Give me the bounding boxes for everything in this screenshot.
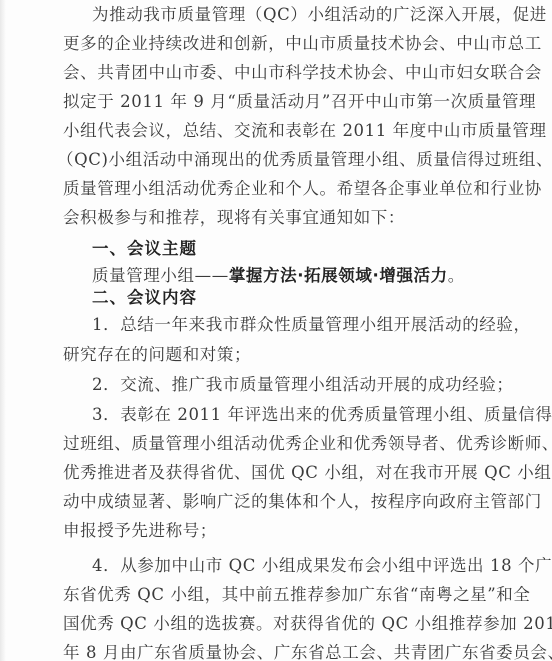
section-heading-theme: 一、会议主题 <box>92 239 492 259</box>
intro-line: 拟定于 2011 年 9 月“质量活动月”召开中山市第一次质量管理 <box>63 92 463 112</box>
scan-edge <box>0 0 6 661</box>
intro-line: （QC)小组活动中涌现出的优秀质量管理小组、质量信得过班组、 <box>57 150 457 170</box>
theme-line: 质量管理小组——掌握方法·拓展领域·增强活力。 <box>92 266 492 286</box>
content-line: 动中成绩显著、影响广泛的集体和个人，按程序向政府主管部门 <box>63 492 463 512</box>
content-line: 过班组、质量管理小组活动优秀企业和优秀领导者、优秀诊断师、 <box>63 434 463 454</box>
document-page: 为推动我市质量管理（QC）小组活动的广泛深入开展，促进 更多的企业持续改进和创新… <box>0 0 552 661</box>
content-line: 申报授予先进称号； <box>63 521 463 541</box>
content-line: 优秀推进者及获得省优、国优 QC 小组，对在我市开展 QC 小组活 <box>63 463 463 483</box>
intro-line: 会、共青团中山市委、中山市科学技术协会、中山市妇女联合会 <box>63 63 463 83</box>
theme-slogan: 掌握方法·拓展领域·增强活力 <box>229 266 448 285</box>
content-line: 1．总结一年来我市群众性质量管理小组开展活动的经验， <box>92 315 492 335</box>
theme-prefix: 质量管理小组—— <box>92 266 229 285</box>
intro-line: 小组代表会议，总结、交流和表彰在 2011 年度中山市质量管理 <box>63 121 463 141</box>
intro-line: 质量管理小组活动优秀企业和个人。希望各企事业单位和行业协 <box>63 179 463 199</box>
content-line: 4．从参加中山市 QC 小组成果发布会小组中评选出 18 个广 <box>92 556 492 576</box>
content-line: 研究存在的问题和对策； <box>63 345 463 365</box>
content-line: 年 8 月由广东省质量协会、广东省总工会、共青团广东省委员会、 <box>63 643 463 661</box>
content-line: 国优秀 QC 小组的选拔赛。对获得省优的 QC 小组推荐参加 2011 <box>63 614 463 634</box>
content-line: 2．交流、推广我市质量管理小组活动开展的成功经验； <box>92 375 492 395</box>
intro-line: 更多的企业持续改进和创新，中山市质量技术协会、中山市总工 <box>63 34 463 54</box>
content-line: 东省优秀 QC 小组，其中前五推荐参加广东省“南粤之星”和全 <box>63 585 463 605</box>
content-line: 3．表彰在 2011 年评选出来的优秀质量管理小组、质量信得 <box>92 405 492 425</box>
intro-line: 会积极参与和推荐，现将有关事宜通知如下： <box>63 208 463 228</box>
section-heading-content: 二、会议内容 <box>92 288 492 308</box>
intro-line: 为推动我市质量管理（QC）小组活动的广泛深入开展，促进 <box>92 5 492 25</box>
theme-suffix: 。 <box>448 266 465 285</box>
